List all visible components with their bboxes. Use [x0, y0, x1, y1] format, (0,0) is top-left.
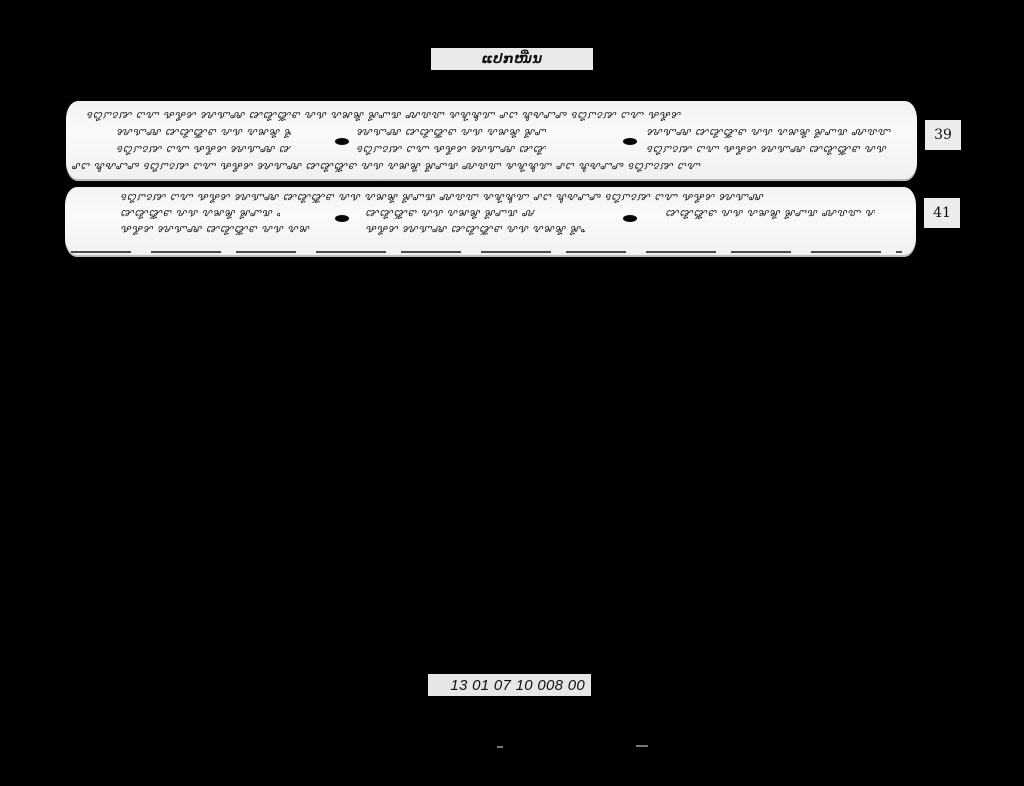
string-hole-left [335, 215, 349, 222]
manuscript-text-line: ꨐꨑꨒꨓ ꨔꨕ ꨖꨗꨘ ꨙꨚꨛ ꨜꨝꨞ ꨟꨠꨡꨢ ꨣꨤ ꨥꨦꨧꨨ ꨅꨁꨆꨂꨇ ꨈ… [120, 207, 280, 221]
manuscript-text-line: ꨅꨁꨆꨂꨇ ꨈꨉ ꨊꨋꨌ ꨍꨎꨏ ꨐꨑꨒꨓ ꨔꨕ ꨖꨗꨘ ꨙꨚꨛ ꨜꨝꨞ ꨟꨠꨡ… [356, 143, 546, 157]
manuscript-text-line: ꨊꨋꨌ ꨍꨎꨏ ꨐꨑꨒꨓ ꨔꨕ ꨖꨗꨘ ꨙꨚꨛ ꨜꨝꨞ ꨟꨠꨡꨢ ꨣꨤ — — [365, 223, 585, 237]
manuscript-text-line: ꨍꨎꨏ ꨐꨑꨒꨓ ꨔꨕ ꨖꨗꨘ ꨙꨚꨛ ꨜꨝꨞ ꨟꨠꨡꨢ ꨣꨤ ꨥꨦꨧꨨ [356, 126, 546, 140]
scan-artifact [636, 745, 648, 747]
page-number-label: 41 [924, 198, 960, 228]
manuscript-text-line: ꨅꨁꨆꨂꨇ ꨈꨉ ꨊꨋꨌ ꨍꨎꨏ ꨐꨑꨒꨓ ꨔꨕ ꨖꨗꨘ ꨙꨚꨛ ꨜꨝꨞ ꨟꨠꨡ… [120, 191, 880, 205]
manuscript-text-line: ꨊꨋꨌ ꨍꨎꨏ ꨐꨑꨒꨓ ꨔꨕ ꨖꨗꨘ ꨙꨚꨛ ꨜꨝꨞ ꨟꨠꨡꨢ ꨣꨤ — — [120, 223, 310, 237]
manuscript-title-label: ແປກໜີ່ນ [431, 48, 593, 70]
string-hole-right [623, 215, 637, 222]
palm-leaf-page-41: ꨅꨁꨆꨂꨇ ꨈꨉ ꨊꨋꨌ ꨍꨎꨏ ꨐꨑꨒꨓ ꨔꨕ ꨖꨗꨘ ꨙꨚꨛ ꨜꨝꨞ ꨟꨠꨡ… [65, 187, 916, 257]
manuscript-text-line: ꨣꨤ ꨥꨦꨧꨨ ꨅꨁꨆꨂꨇ ꨈꨉ ꨊꨋꨌ ꨍꨎꨏ ꨐꨑꨒꨓ ꨔꨕ ꨖꨗꨘ ꨙꨚꨛ… [71, 160, 906, 174]
reference-code-label: 13 01 07 10 008 00 [428, 674, 591, 696]
string-hole-right [623, 138, 637, 145]
manuscript-text-line: ꨍꨎꨏ ꨐꨑꨒꨓ ꨔꨕ ꨖꨗꨘ ꨙꨚꨛ ꨜꨝꨞ ꨟꨠꨡꨢ ꨣꨤ ꨥꨦꨧꨨ [646, 126, 891, 140]
manuscript-text-line: ꨅꨁꨆꨂꨇ ꨈꨉ ꨊꨋꨌ ꨍꨎꨏ ꨐꨑꨒꨓ ꨔꨕ ꨖꨗꨘ ꨙꨚꨛ ꨜꨝꨞ ꨟꨠꨡ… [116, 143, 291, 157]
string-hole-left [335, 138, 349, 145]
scan-artifact [497, 746, 503, 748]
manuscript-text-line: ꨐꨑꨒꨓ ꨔꨕ ꨖꨗꨘ ꨙꨚꨛ ꨜꨝꨞ ꨟꨠꨡꨢ ꨣꨤ ꨥꨦꨧꨨ ꨅꨁꨆꨂꨇ ꨈ… [665, 207, 875, 221]
manuscript-text-line: ꨅꨁꨆꨂꨇ ꨈꨉ ꨊꨋꨌ ꨍꨎꨏ ꨐꨑꨒꨓ ꨔꨕ ꨖꨗꨘ ꨙꨚꨛ ꨜꨝꨞ ꨟꨠꨡ… [646, 143, 891, 157]
manuscript-text-line: ꨍꨎꨏ ꨐꨑꨒꨓ ꨔꨕ ꨖꨗꨘ ꨙꨚꨛ ꨜꨝꨞ ꨟꨠꨡꨢ ꨣꨤ ꨥꨦꨧꨨ [116, 126, 291, 140]
page-number-label: 39 [925, 120, 961, 150]
palm-leaf-page-39: ꨅꨁꨆꨂꨇ ꨈꨉ ꨊꨋꨌ ꨍꨎꨏ ꨐꨑꨒꨓ ꨔꨕ ꨖꨗꨘ ꨙꨚꨛ ꨜꨝꨞ ꨟꨠꨡ… [66, 101, 917, 181]
manuscript-text-line: ꨐꨑꨒꨓ ꨔꨕ ꨖꨗꨘ ꨙꨚꨛ ꨜꨝꨞ ꨟꨠꨡꨢ ꨣꨤ ꨥꨦꨧꨨ ꨅꨁꨆꨂꨇ ꨈ… [365, 207, 535, 221]
manuscript-text-line: ꨅꨁꨆꨂꨇ ꨈꨉ ꨊꨋꨌ ꨍꨎꨏ ꨐꨑꨒꨓ ꨔꨕ ꨖꨗꨘ ꨙꨚꨛ ꨜꨝꨞ ꨟꨠꨡ… [86, 109, 906, 123]
